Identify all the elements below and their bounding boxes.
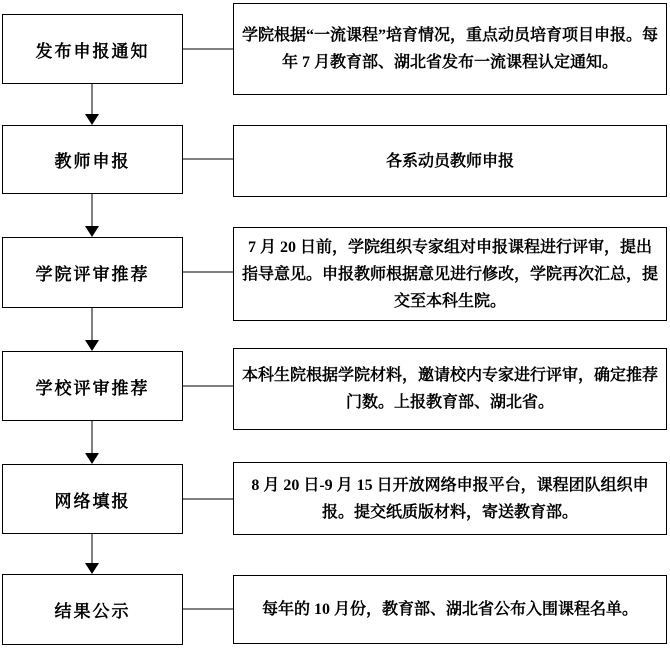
- desc-box-publish-notice: 学院根据“一流课程”培育情况，重点动员培育项目申报。每年 7 月教育部、湖北省发…: [233, 3, 667, 95]
- stage-box-online-submission: 网络填报: [2, 464, 183, 534]
- desc-box-online-submission: 8 月 20 日-9 月 15 日开放网络申报平台，课程团队组织申报。提交纸质版…: [233, 462, 667, 535]
- stage-label: 教师申报: [55, 147, 131, 172]
- desc-text: 学院根据“一流课程”培育情况，重点动员培育项目申报。每年 7 月教育部、湖北省发…: [234, 20, 666, 78]
- arrow-down-icon: [85, 340, 99, 351]
- stage-box-college-review: 学院评审推荐: [2, 237, 183, 308]
- stage-label: 学校评审推荐: [36, 374, 150, 399]
- stage-box-university-review: 学校评审推荐: [2, 351, 183, 421]
- desc-text: 7 月 20 日前，学院组织专家组对申报课程进行评审，提出指导意见。申报教师根据…: [234, 232, 666, 317]
- stage-label: 发布申报通知: [36, 37, 150, 62]
- connector-line-4: [183, 385, 233, 387]
- desc-box-teacher-apply: 各系动员教师申报: [233, 125, 667, 197]
- connector-line-1: [183, 48, 233, 50]
- stage-label: 学院评审推荐: [36, 260, 150, 285]
- arrow-down-icon: [85, 226, 99, 237]
- desc-text: 每年的 10 月份，教育部、湖北省公布入围课程名单。: [254, 594, 646, 625]
- stage-box-result-announcement: 结果公示: [2, 574, 183, 645]
- arrow-down-icon: [85, 563, 99, 574]
- flowchart-canvas: 发布申报通知 学院根据“一流课程”培育情况，重点动员培育项目申报。每年 7 月教…: [0, 0, 670, 648]
- arrow-down-icon: [85, 114, 99, 125]
- connector-line-3: [183, 271, 233, 273]
- stage-label: 结果公示: [55, 597, 131, 622]
- flow-arrow-1: [91, 84, 93, 114]
- desc-box-university-review: 本科生院根据学院材料，邀请校内专家进行评审，确定推荐门数。上报教育部、湖北省。: [233, 348, 667, 430]
- stage-box-teacher-apply: 教师申报: [2, 125, 183, 194]
- desc-text: 各系动员教师申报: [378, 146, 522, 177]
- connector-line-6: [183, 608, 233, 610]
- desc-text: 本科生院根据学院材料，邀请校内专家进行评审，确定推荐门数。上报教育部、湖北省。: [234, 360, 666, 418]
- connector-line-2: [183, 158, 233, 160]
- arrow-down-icon: [85, 453, 99, 464]
- desc-box-result-announcement: 每年的 10 月份，教育部、湖北省公布入围课程名单。: [233, 575, 667, 644]
- desc-text: 8 月 20 日-9 月 15 日开放网络申报平台，课程团队组织申报。提交纸质版…: [234, 470, 666, 528]
- flow-arrow-5: [91, 534, 93, 563]
- flow-arrow-2: [91, 194, 93, 226]
- flow-arrow-4: [91, 421, 93, 453]
- stage-label: 网络填报: [55, 487, 131, 512]
- connector-line-5: [183, 498, 233, 500]
- desc-box-college-review: 7 月 20 日前，学院组织专家组对申报课程进行评审，提出指导意见。申报教师根据…: [233, 227, 667, 321]
- flow-arrow-3: [91, 308, 93, 340]
- stage-box-publish-notice: 发布申报通知: [2, 14, 183, 84]
